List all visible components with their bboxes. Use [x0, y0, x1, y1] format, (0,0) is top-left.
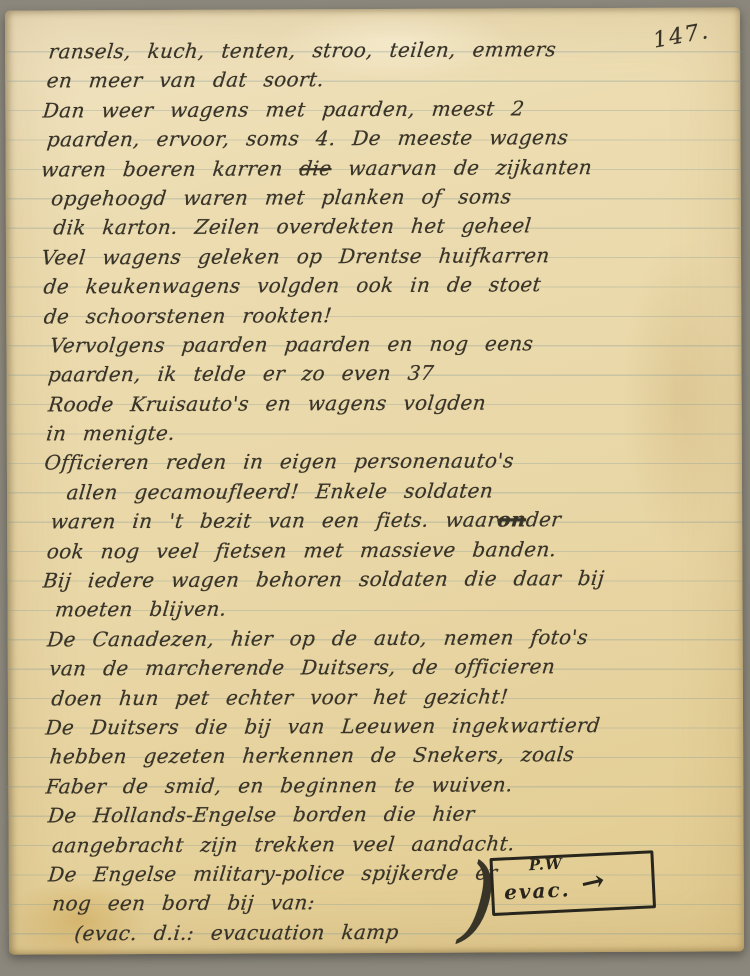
handwriting-line: de schoorstenen rookten!	[40, 299, 732, 331]
handwriting-text: hebben gezeten herkennen de Snekers, zoa…	[49, 743, 576, 769]
handwriting-text: van de marcherende Duitsers, de officier…	[48, 654, 556, 680]
handwriting-line: moeten blijven.	[42, 593, 734, 625]
handwriting-text: De Engelse military-police spijkerde er	[47, 860, 499, 886]
handwriting-text: en meer van dat soort.	[46, 68, 326, 93]
handwriting-line: waren in 't bezit van een fiets. waarond…	[41, 505, 733, 537]
handwriting-line: en meer van dat soort.	[39, 64, 731, 96]
right-arrow-icon: →	[578, 863, 610, 901]
handwriting-text: Veel wagens geleken op Drentse huifkarre…	[40, 243, 551, 269]
handwriting-text: (evac. d.i.: evacuation kamp	[73, 920, 400, 945]
handwriting-line: van de marcherende Duitsers, de officier…	[42, 652, 734, 684]
handwriting-line: de keukenwagens volgden ook in de stoet	[40, 270, 732, 302]
handwriting-text: De Canadezen, hier op de auto, nemen fot…	[46, 625, 589, 651]
handwriting-text: Dan weer wagens met paarden, meest 2	[42, 96, 526, 122]
struck-word: on	[496, 508, 527, 532]
handwriting-line: (evac. d.i.: evacuation kamp	[43, 916, 735, 948]
handwriting-lines: ransels, kuch, tenten, stroo, teilen, em…	[39, 34, 732, 948]
sign-box: P.W evac.→	[489, 850, 656, 916]
notebook-page: 147. ransels, kuch, tenten, stroo, teile…	[5, 7, 744, 954]
handwriting-line: waren boeren karren die waarvan de zijka…	[40, 152, 732, 184]
handwriting-line: paarden, ervoor, soms 4. De meeste wagen…	[40, 123, 732, 155]
handwriting-line: Officieren reden in eigen personenauto's	[41, 446, 733, 478]
handwriting-line: Faber de smid, en beginnen te wuiven.	[42, 769, 734, 801]
handwriting-line: ook nog veel fietsen met massieve banden…	[41, 534, 733, 566]
handwriting-text: allen gecamoufleerd! Enkele soldaten	[65, 478, 494, 504]
handwriting-line: paarden, ik telde er zo even 37	[41, 358, 733, 390]
handwriting-text: Bij iedere wagen behoren soldaten die da…	[42, 566, 606, 592]
handwriting-text: ransels, kuch, tenten, stroo, teilen, em…	[48, 37, 558, 63]
handwriting-line: Roode Kruisauto's en wagens volgden	[41, 387, 733, 419]
handwriting-text: de keukenwagens volgden ook in de stoet	[43, 272, 543, 298]
handwriting-text: der	[525, 507, 563, 531]
handwriting-text: De Duitsers die bij van Leeuwen ingekwar…	[44, 713, 601, 739]
handwriting-line: De Canadezen, hier op de auto, nemen fot…	[42, 622, 734, 654]
handwriting-line: hebben gezeten herkennen de Snekers, zoa…	[42, 740, 734, 772]
handwriting-text: nog een bord bij van:	[51, 891, 316, 916]
handwriting-text: de schoorstenen rookten!	[43, 303, 333, 328]
handwriting-text: waren boeren karren	[40, 156, 301, 181]
handwriting-text: doen hun pet echter voor het gezicht!	[50, 684, 509, 710]
handwriting-text: Officieren reden in eigen personenauto's	[43, 449, 515, 475]
handwriting-line: De Duitsers die bij van Leeuwen ingekwar…	[42, 710, 734, 742]
handwriting-text: dik karton. Zeilen overdekten het geheel	[52, 214, 532, 240]
handwriting-text: De Hollands-Engelse borden die hier	[47, 802, 476, 828]
handwriting-line: dik karton. Zeilen overdekten het geheel	[40, 211, 732, 243]
handwriting-line: doen hun pet echter voor het gezicht!	[42, 681, 734, 713]
sign-box-main-label: evac.	[504, 877, 572, 904]
handwriting-line: Bij iedere wagen behoren soldaten die da…	[41, 563, 733, 595]
handwriting-text: Faber de smid, en beginnen te wuiven.	[45, 772, 514, 798]
handwriting-text: ook nog veel fietsen met massieve banden…	[46, 537, 558, 563]
handwriting-line: Dan weer wagens met paarden, meest 2	[39, 93, 731, 125]
handwriting-line: allen gecamoufleerd! Enkele soldaten	[41, 475, 733, 507]
handwriting-text: paarden, ik telde er zo even 37	[47, 361, 435, 387]
handwriting-text: Vervolgens paarden paarden en nog eens	[49, 331, 535, 357]
handwriting-line: in menigte.	[41, 417, 733, 449]
handwriting-text: Roode Kruisauto's en wagens volgden	[47, 390, 487, 416]
handwriting-text: aangebracht zijn trekken veel aandacht.	[51, 831, 516, 857]
handwriting-text: paarden, ervoor, soms 4. De meeste wagen…	[46, 125, 570, 151]
handwriting-line: De Hollands-Engelse borden die hier	[43, 799, 735, 831]
handwriting-line: Vervolgens paarden paarden en nog eens	[40, 328, 732, 360]
handwriting-text: in menigte.	[45, 421, 176, 446]
handwriting-text: waarvan de zijkanten	[330, 155, 593, 180]
handwriting-text: moeten blijven.	[54, 597, 228, 622]
handwriting-line: ransels, kuch, tenten, stroo, teilen, em…	[39, 34, 731, 66]
handwriting-text: waren in 't bezit van een fiets. waar	[50, 508, 499, 534]
handwriting-text: opgehoogd waren met planken of soms	[50, 184, 512, 210]
handwriting-line: Veel wagens geleken op Drentse huifkarre…	[40, 240, 732, 272]
handwriting-line: opgehoogd waren met planken of soms	[40, 181, 732, 213]
struck-word: die	[298, 156, 333, 180]
